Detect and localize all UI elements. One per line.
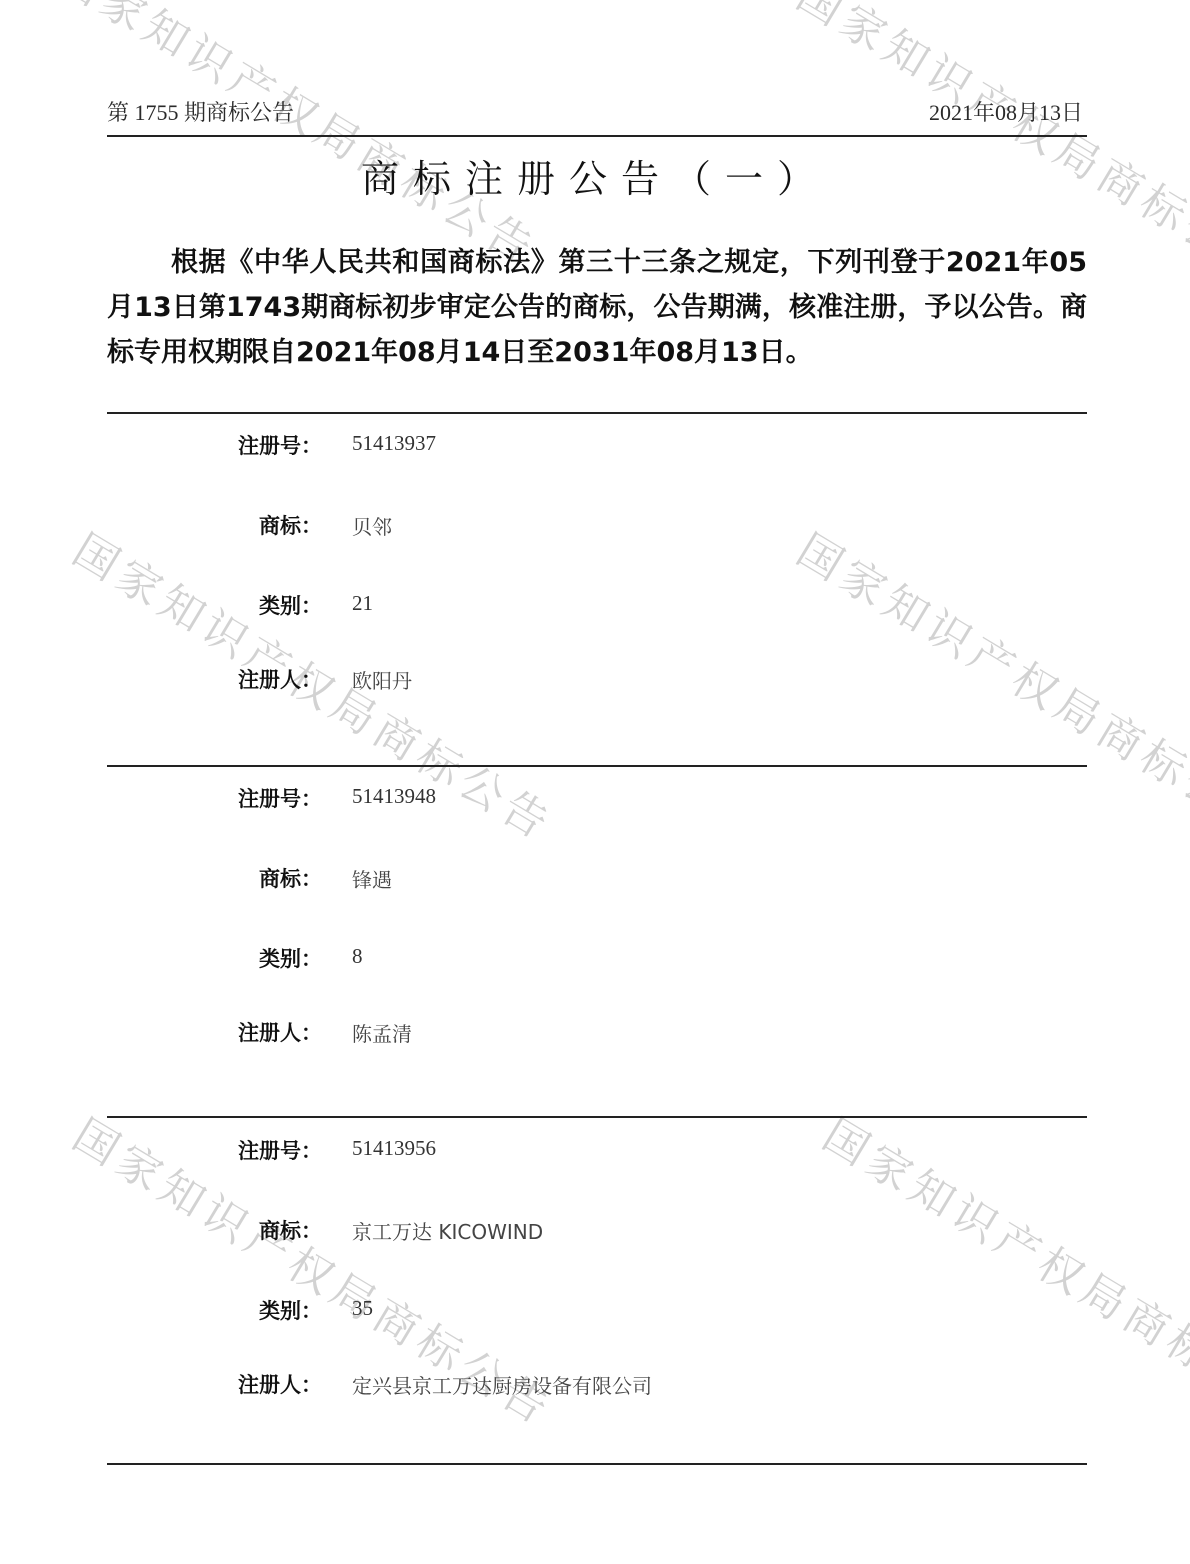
page-header: 第 1755 期商标公告 2021年08月13日 bbox=[107, 96, 1087, 126]
registrant-label: 注册人： bbox=[238, 1017, 322, 1047]
field-mark: 商标： 京工万达 KICOWIND bbox=[107, 1215, 1087, 1245]
registrant-value: 欧阳丹 bbox=[352, 665, 412, 694]
section-divider bbox=[107, 412, 1087, 414]
watermark-text: 国家知识产权局商标公告 bbox=[47, 0, 551, 278]
field-class: 类别： 8 bbox=[107, 943, 1087, 973]
publication-date: 2021年08月13日 bbox=[929, 96, 1083, 127]
field-mark: 商标： 贝邻 bbox=[107, 510, 1087, 540]
reg-no-label: 注册号： bbox=[238, 430, 322, 460]
mark-value: 锋遇 bbox=[352, 864, 392, 893]
section-divider bbox=[107, 1463, 1087, 1465]
class-value: 21 bbox=[352, 591, 373, 616]
class-label: 类别： bbox=[259, 943, 322, 973]
field-registrant: 注册人： 欧阳丹 bbox=[107, 664, 1087, 694]
field-registrant: 注册人： 定兴县京工万达厨房设备有限公司 bbox=[107, 1369, 1087, 1399]
registrant-label: 注册人： bbox=[238, 664, 322, 694]
class-value: 8 bbox=[352, 944, 363, 969]
registrant-label: 注册人： bbox=[238, 1369, 322, 1399]
mark-label: 商标： bbox=[259, 1215, 322, 1245]
field-reg-no: 注册号： 51413937 bbox=[107, 430, 1087, 460]
class-label: 类别： bbox=[259, 590, 322, 620]
page-title: 商标注册公告（一） bbox=[0, 148, 1190, 203]
issue-number: 第 1755 期商标公告 bbox=[107, 96, 294, 127]
mark-label: 商标： bbox=[259, 510, 322, 540]
reg-no-value: 51413948 bbox=[352, 784, 436, 809]
section-divider bbox=[107, 765, 1087, 767]
field-class: 类别： 35 bbox=[107, 1295, 1087, 1325]
reg-no-label: 注册号： bbox=[238, 1135, 322, 1165]
reg-no-label: 注册号： bbox=[238, 783, 322, 813]
field-registrant: 注册人： 陈孟清 bbox=[107, 1017, 1087, 1047]
mark-value: 京工万达 KICOWIND bbox=[352, 1216, 543, 1245]
header-divider bbox=[107, 135, 1087, 137]
mark-label: 商标： bbox=[259, 863, 322, 893]
mark-value: 贝邻 bbox=[352, 511, 392, 540]
class-value: 35 bbox=[352, 1296, 373, 1321]
class-label: 类别： bbox=[259, 1295, 322, 1325]
reg-no-value: 51413956 bbox=[352, 1136, 436, 1161]
reg-no-value: 51413937 bbox=[352, 431, 436, 456]
intro-paragraph: 根据《中华人民共和国商标法》第三十三条之规定，下列刊登于2021年05月13日第… bbox=[107, 240, 1087, 375]
registrant-value: 定兴县京工万达厨房设备有限公司 bbox=[352, 1370, 652, 1399]
section-divider bbox=[107, 1116, 1087, 1118]
field-class: 类别： 21 bbox=[107, 590, 1087, 620]
registrant-value: 陈孟清 bbox=[352, 1018, 412, 1047]
field-reg-no: 注册号： 51413948 bbox=[107, 783, 1087, 813]
field-reg-no: 注册号： 51413956 bbox=[107, 1135, 1087, 1165]
field-mark: 商标： 锋遇 bbox=[107, 863, 1087, 893]
